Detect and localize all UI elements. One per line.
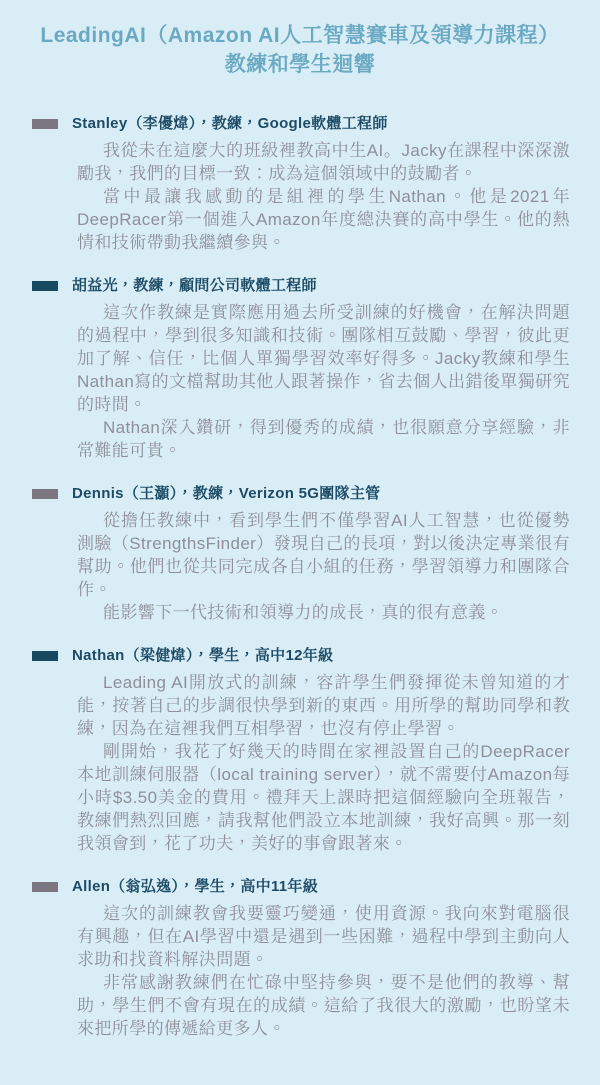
section-person-title: 胡益光，教練，顧問公司軟體工程師 (72, 276, 317, 296)
testimonial-list: Stanley（李優煒），教練，Google軟體工程師 我從未在這麼大的班級裡教… (0, 79, 600, 1040)
section-bullet-icon (32, 489, 58, 499)
testimonial-paragraph: 從擔任教練中，看到學生們不僅學習AI人工智慧，也從優勢測驗（StrengthsF… (77, 509, 570, 601)
testimonial-section-nathan: Nathan（梁健煒），學生，高中12年級 Leading AI開放式的訓練，容… (32, 646, 572, 855)
testimonial-paragraph: 當中最讓我感動的是組裡的學生Nathan。他是2021年DeepRacer第一個… (77, 185, 570, 254)
testimonial-paragraph: 剛開始，我花了好幾天的時間在家裡設置自己的DeepRacer本地訓練伺服器（lo… (77, 740, 570, 855)
section-person-title: Stanley（李優煒），教練，Google軟體工程師 (72, 114, 388, 134)
testimonial-paragraph: 非常感謝教練們在忙碌中堅持參與，要不是他們的教導、幫助，學生們不會有現在的成績。… (77, 971, 570, 1040)
section-header: 胡益光，教練，顧問公司軟體工程師 (32, 276, 572, 296)
testimonial-section-dennis: Dennis（王灝），教練，Verizon 5G團隊主管 從擔任教練中，看到學生… (32, 484, 572, 624)
section-header: Stanley（李優煒），教練，Google軟體工程師 (32, 114, 572, 134)
section-person-title: Allen（翁弘逸），學生，高中11年級 (72, 877, 318, 897)
testimonial-section-allen: Allen（翁弘逸），學生，高中11年級 這次的訓練教會我要靈巧變通，使用資源。… (32, 877, 572, 1040)
testimonial-section-hu-yi-guang: 胡益光，教練，顧問公司軟體工程師 這次作教練是實際應用過去所受訓練的好機會，在解… (32, 276, 572, 462)
section-person-title: Nathan（梁健煒），學生，高中12年級 (72, 646, 333, 666)
testimonial-paragraph: 我從未在這麼大的班級裡教高中生AI。Jacky在課程中深深激勵我，我們的目標一致… (77, 139, 570, 185)
testimonial-paragraph: Leading AI開放式的訓練，容許學生們發揮從未曾知道的才能，按著自己的步調… (77, 671, 570, 740)
page-header: LeadingAI（Amazon AI人工智慧賽車及領導力課程） 教練和學生迴響 (0, 0, 600, 79)
page-title-line1: LeadingAI（Amazon AI人工智慧賽車及領導力課程） (0, 21, 600, 50)
testimonial-paragraph: 這次作教練是實際應用過去所受訓練的好機會，在解決問題的過程中，學到很多知識和技術… (77, 301, 570, 416)
testimonial-section-stanley: Stanley（李優煒），教練，Google軟體工程師 我從未在這麼大的班級裡教… (32, 114, 572, 254)
section-bullet-icon (32, 281, 58, 291)
section-header: Dennis（王灝），教練，Verizon 5G團隊主管 (32, 484, 572, 504)
page-title: LeadingAI（Amazon AI人工智慧賽車及領導力課程） 教練和學生迴響 (0, 21, 600, 79)
section-person-title: Dennis（王灝），教練，Verizon 5G團隊主管 (72, 484, 380, 504)
section-bullet-icon (32, 882, 58, 892)
section-bullet-icon (32, 651, 58, 661)
page-title-line2: 教練和學生迴響 (0, 50, 600, 79)
section-header: Nathan（梁健煒），學生，高中12年級 (32, 646, 572, 666)
testimonial-paragraph: Nathan深入鑽研，得到優秀的成績，也很願意分享經驗，非常難能可貴。 (77, 416, 570, 462)
flyer-page: LeadingAI（Amazon AI人工智慧賽車及領導力課程） 教練和學生迴響… (0, 0, 600, 1085)
section-header: Allen（翁弘逸），學生，高中11年級 (32, 877, 572, 897)
section-bullet-icon (32, 119, 58, 129)
testimonial-paragraph: 這次的訓練教會我要靈巧變通，使用資源。我向來對電腦很有興趣，但在AI學習中還是遇… (77, 902, 570, 971)
testimonial-paragraph: 能影響下一代技術和領導力的成長，真的很有意義。 (77, 601, 570, 624)
